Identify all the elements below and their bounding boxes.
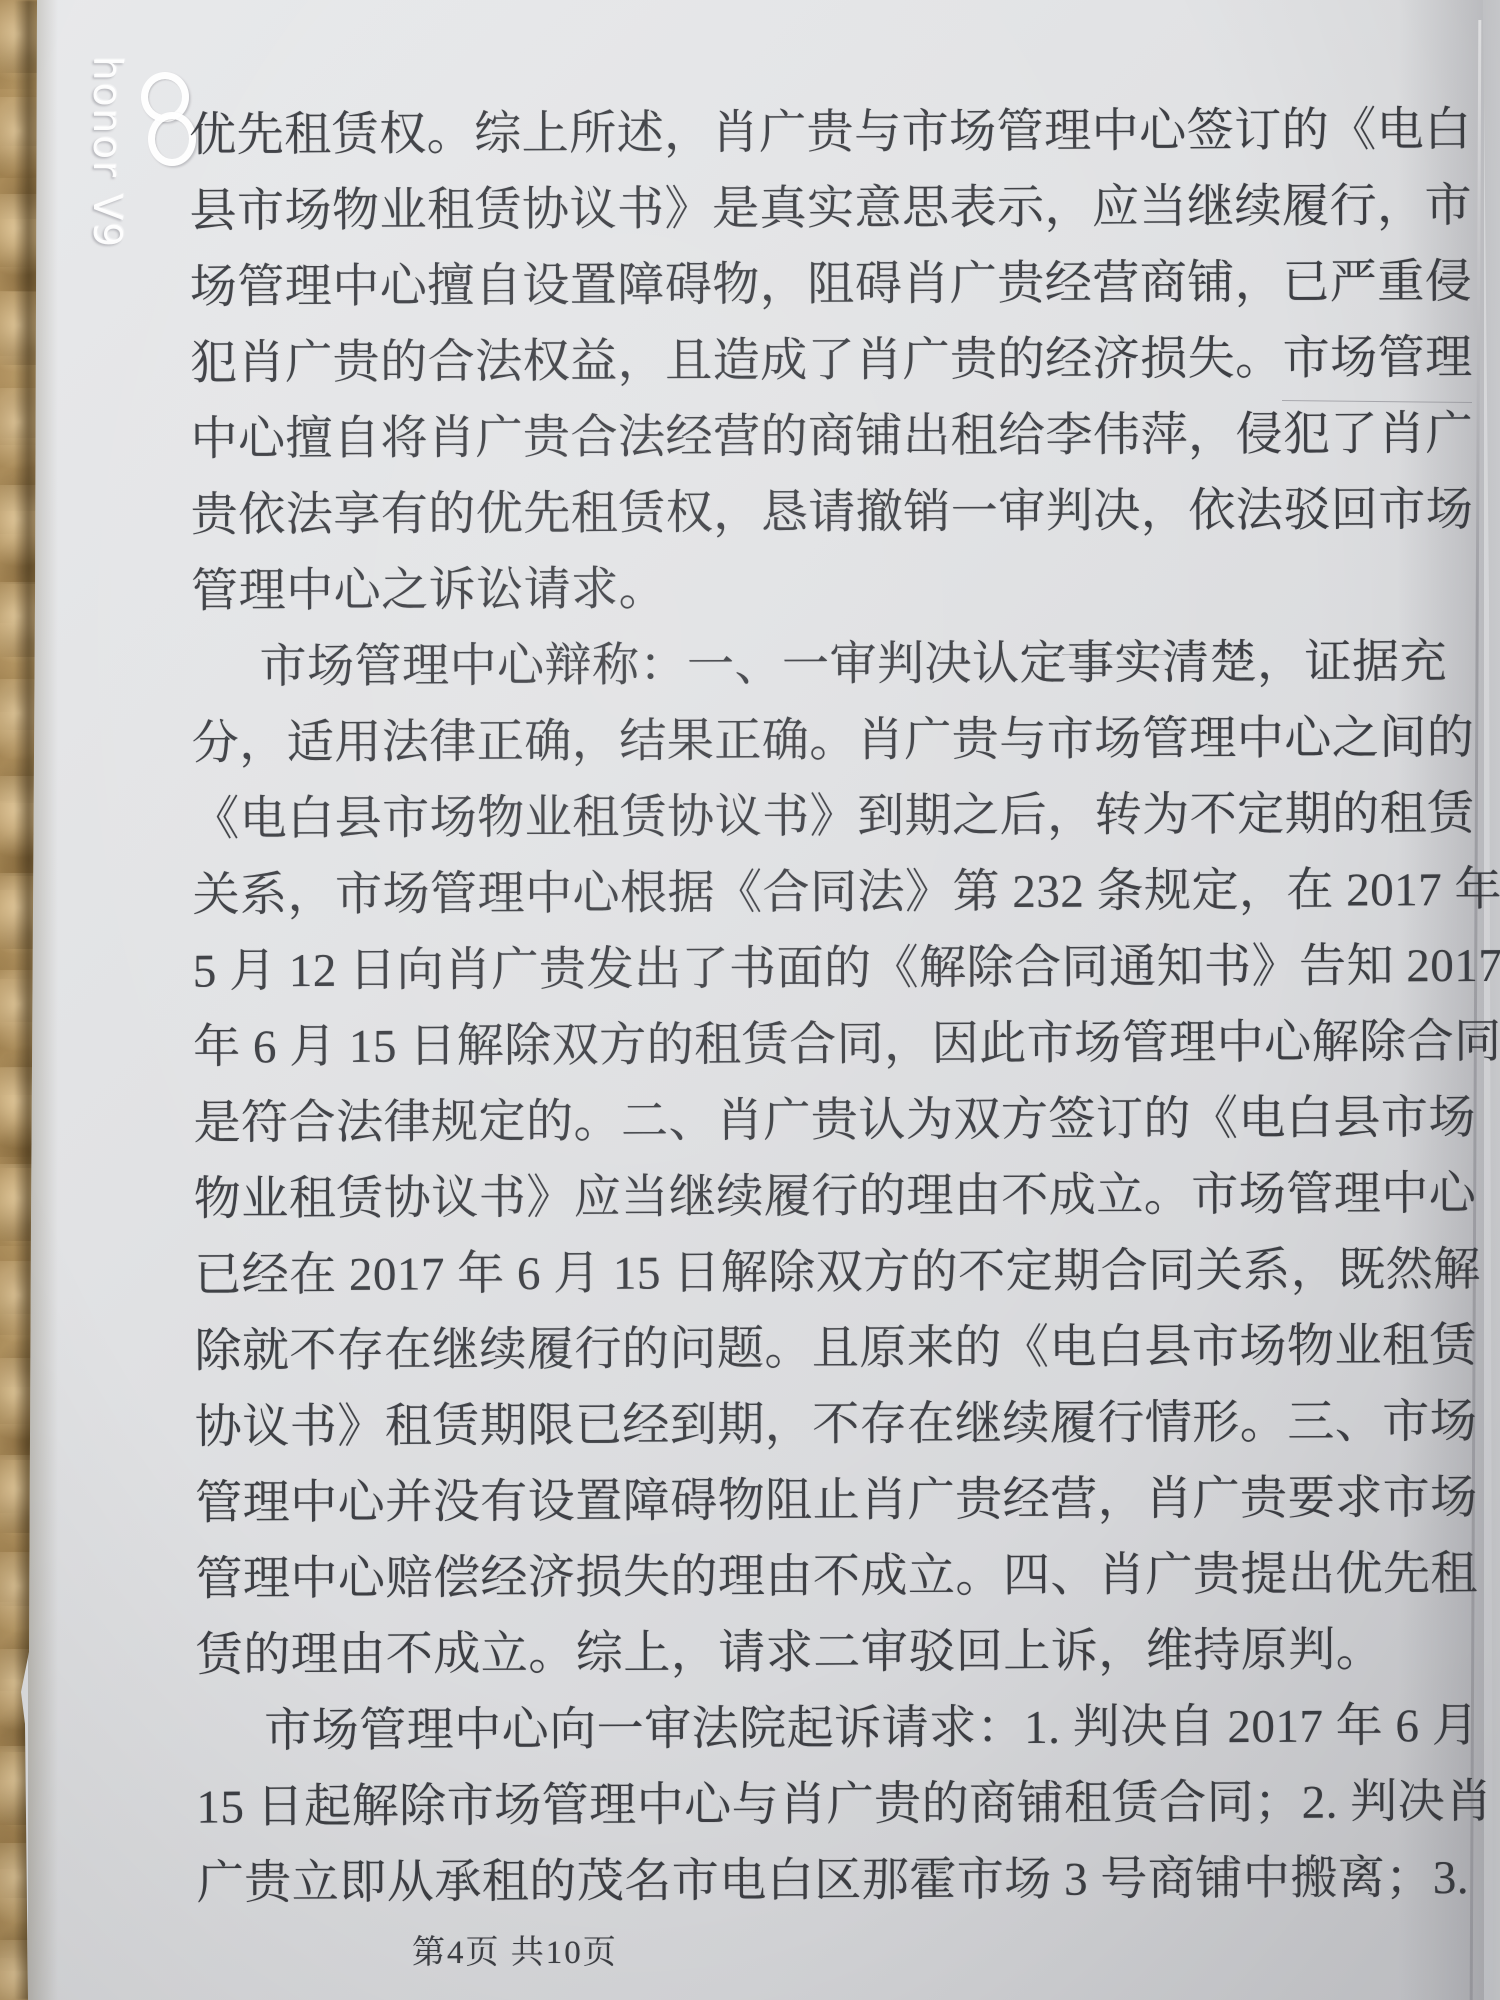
document-line: 优先租赁权。综上所述，肖广贵与市场管理中心签订的《电白 bbox=[189, 92, 1369, 173]
document-line: 贵依法享有的优先租赁权，恳请撤销一审判决，依法驳回市场 bbox=[191, 472, 1371, 553]
document-line: 年 6 月 15 日解除双方的租赁合同，因此市场管理中心解除合同 bbox=[193, 1004, 1373, 1085]
document-line: 分，适用法律正确，结果正确。肖广贵与市场管理中心之间的 bbox=[192, 700, 1372, 781]
document-line: 场管理中心擅自设置障碍物，阻碍肖广贵经营商铺，已严重侵 bbox=[190, 244, 1370, 325]
document-line: 协议书》租赁期限已经到期，不存在继续履行情形。三、市场 bbox=[195, 1384, 1375, 1465]
document-line: 已经在 2017 年 6 月 15 日解除双方的不定期合同关系，既然解 bbox=[194, 1232, 1374, 1313]
document-line: 15 日起解除市场管理中心与肖广贵的商铺租赁合同；2. 判决肖 bbox=[196, 1764, 1376, 1845]
photo-of-court-document: { "watermark": { "brand": "honor V9" }, … bbox=[0, 0, 1500, 2000]
document-line: 赁的理由不成立。综上，请求二审驳回上诉，维持原判。 bbox=[196, 1612, 1376, 1693]
document-line: 关系，市场管理中心根据《合同法》第 232 条规定，在 2017 年 bbox=[192, 852, 1372, 933]
document-line: 县市场物业租赁协议书》是真实意思表示，应当继续履行，市 bbox=[189, 168, 1369, 249]
document-line: 中心擅自将肖广贵合法经营的商铺出租给李伟萍，侵犯了肖广 bbox=[190, 396, 1370, 477]
document-line: 《电白县市场物业租赁协议书》到期之后，转为不定期的租赁 bbox=[192, 776, 1372, 857]
document-text-block: 优先租赁权。综上所述，肖广贵与市场管理中心签订的《电白 县市场物业租赁协议书》是… bbox=[189, 92, 1377, 1921]
watermark-brand-text: honor V9 bbox=[84, 56, 129, 296]
document-line: 市场管理中心向一审法院起诉请求：1. 判决自 2017 年 6 月 bbox=[196, 1688, 1376, 1769]
page-footer: 第4页 共10页 bbox=[412, 1926, 618, 1973]
document-line: 除就不存在继续履行的问题。且原来的《电白县市场物业租赁 bbox=[194, 1308, 1374, 1389]
document-line: 物业租赁协议书》应当继续履行的理由不成立。市场管理中心 bbox=[194, 1156, 1374, 1237]
document-line: 市场管理中心辩称：一、一审判决认定事实清楚，证据充 bbox=[191, 624, 1371, 705]
document-line: 是符合法律规定的。二、肖广贵认为双方签订的《电白县市场 bbox=[193, 1080, 1373, 1161]
document-line: 管理中心赔偿经济损失的理由不成立。四、肖广贵提出优先租 bbox=[195, 1536, 1375, 1617]
document-line: 广贵立即从承租的茂名市电白区那霍市场 3 号商铺中搬离；3. bbox=[197, 1840, 1377, 1921]
document-line: 管理中心之诉讼请求。 bbox=[191, 548, 1371, 629]
document-line: 管理中心并没有设置障碍物阻止肖广贵经营，肖广贵要求市场 bbox=[195, 1460, 1375, 1541]
document-line: 犯肖广贵的合法权益，且造成了肖广贵的经济损失。市场管理 bbox=[190, 320, 1370, 401]
document-line: 5 月 12 日向肖广贵发出了书面的《解除合同通知书》告知 2017 bbox=[193, 928, 1373, 1009]
